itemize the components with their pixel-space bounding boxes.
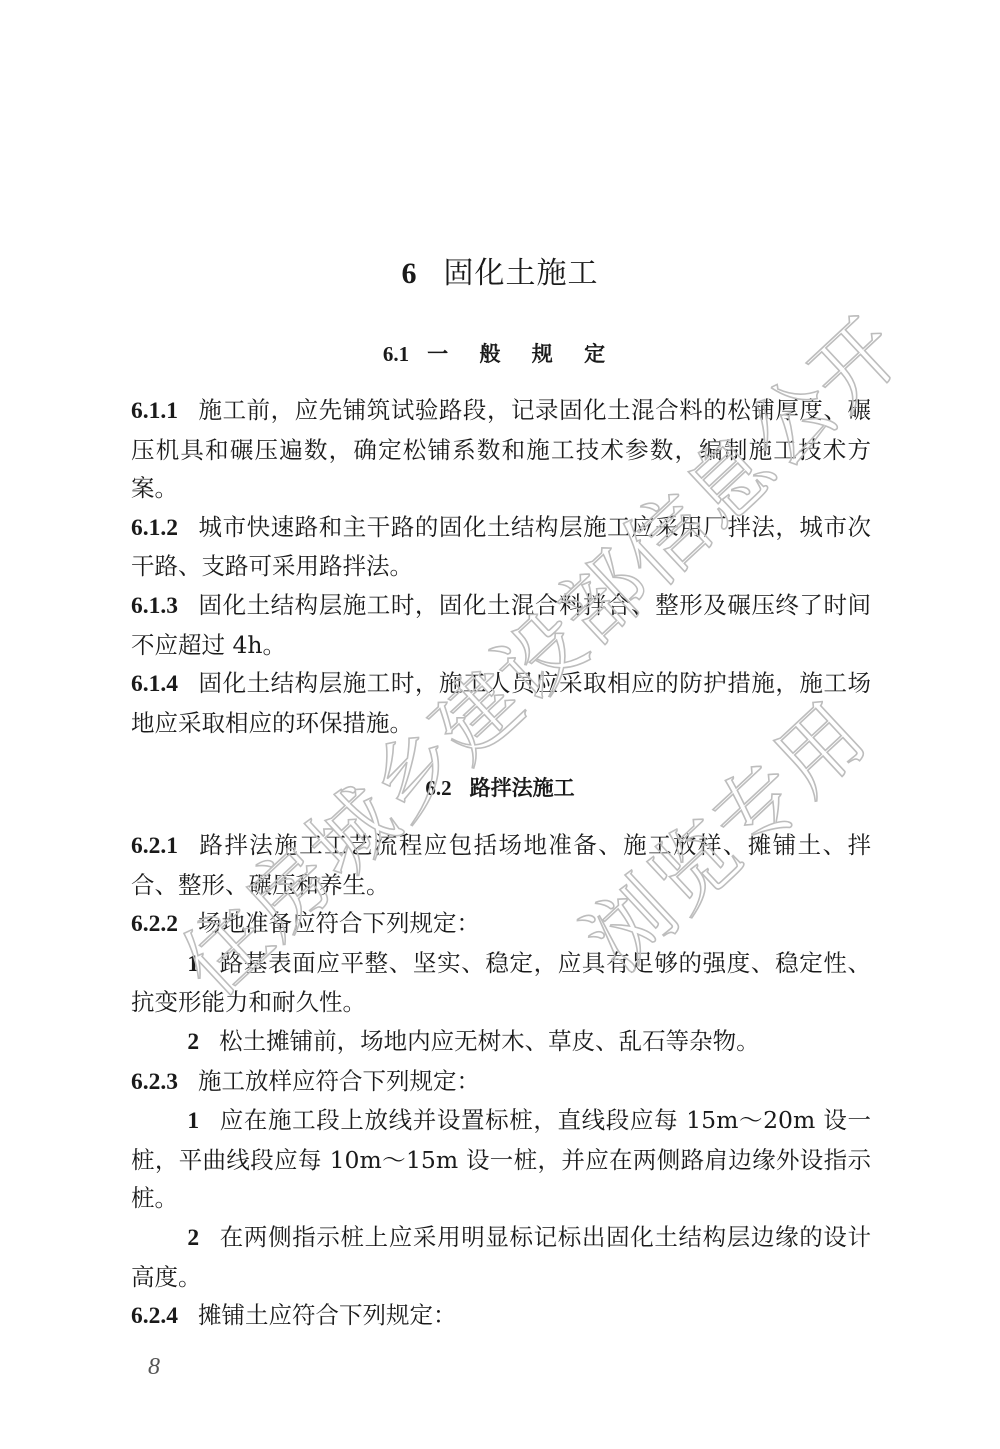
clause-text: 固化土结构层施工时，固化土混合料拌合、整形及碾压终了时间不应超过 4h。 xyxy=(131,591,871,659)
clause-text: 施工放样应符合下列规定： xyxy=(198,1067,480,1095)
item-text: 路基表面应平整、坚实、稳定，应具有足够的强度、稳定性、抗变形能力和耐久性。 xyxy=(131,949,871,1017)
clause-number: 6.1.1 xyxy=(131,398,178,424)
section-title-6-1: 6.1一 般 规 定 xyxy=(0,338,1000,368)
item-6-2-2-1: 1路基表面应平整、坚实、稳定，应具有足够的强度、稳定性、抗变形能力和耐久性。 xyxy=(131,944,871,1022)
clause-number: 6.1.2 xyxy=(131,515,178,541)
clause-text: 摊铺土应符合下列规定： xyxy=(198,1301,457,1329)
clause-number: 6.1.3 xyxy=(131,593,178,619)
chapter-title: 6固化土施工 xyxy=(0,248,1000,292)
item-6-2-3-1: 1应在施工段上放线并设置标桩，直线段应每 15m～20m 设一桩，平曲线段应每 … xyxy=(131,1101,871,1218)
clause-number: 6.1.4 xyxy=(131,671,178,697)
item-number: 1 xyxy=(187,1108,199,1134)
item-number: 2 xyxy=(187,1225,199,1251)
chapter-number: 6 xyxy=(402,257,418,290)
section-number: 6.1 xyxy=(383,342,409,366)
clause-6-1-4: 6.1.4固化土结构层施工时，施工人员应采取相应的防护措施，施工场地应采取相应的… xyxy=(131,664,871,742)
document-page: 6固化土施工 6.1一 般 规 定 6.1.1施工前，应先铺筑试验路段，记录固化… xyxy=(0,0,1000,1449)
item-number: 1 xyxy=(187,951,199,977)
section-body-6-2: 6.2.1路拌法施工工艺流程应包括场地准备、施工放样、摊铺土、拌合、整形、碾压和… xyxy=(131,826,871,1336)
clause-number: 6.2.2 xyxy=(131,911,178,937)
clause-text: 城市快速路和主干路的固化土结构层施工应采用厂拌法，城市次干路、支路可采用路拌法。 xyxy=(131,513,871,581)
item-6-2-2-2: 2松土摊铺前，场地内应无树木、草皮、乱石等杂物。 xyxy=(131,1022,871,1062)
clause-text: 施工前，应先铺筑试验路段，记录固化土混合料的松铺厚度、碾压机具和碾压遍数，确定松… xyxy=(131,396,871,502)
clause-number: 6.2.1 xyxy=(131,833,178,859)
clause-6-2-4: 6.2.4摊铺土应符合下列规定： xyxy=(131,1296,871,1336)
clause-6-1-2: 6.1.2城市快速路和主干路的固化土结构层施工应采用厂拌法，城市次干路、支路可采… xyxy=(131,508,871,586)
section-title-text: 路拌法施工 xyxy=(470,776,575,800)
clause-6-1-3: 6.1.3固化土结构层施工时，固化土混合料拌合、整形及碾压终了时间不应超过 4h… xyxy=(131,586,871,664)
item-text: 在两侧指示桩上应采用明显标记标出固化土结构层边缘的设计高度。 xyxy=(131,1223,871,1291)
item-text: 松土摊铺前，场地内应无树木、草皮、乱石等杂物。 xyxy=(219,1027,760,1055)
section-title-6-2: 6.2路拌法施工 xyxy=(0,772,1000,802)
clause-6-2-2: 6.2.2场地准备应符合下列规定： xyxy=(131,904,871,944)
section-body-6-1: 6.1.1施工前，应先铺筑试验路段，记录固化土混合料的松铺厚度、碾压机具和碾压遍… xyxy=(131,391,871,742)
item-text: 应在施工段上放线并设置标桩，直线段应每 15m～20m 设一桩，平曲线段应每 1… xyxy=(131,1106,871,1212)
chapter-title-text: 固化土施工 xyxy=(444,256,599,291)
page-number: 8 xyxy=(148,1354,160,1381)
clause-text: 路拌法施工工艺流程应包括场地准备、施工放样、摊铺土、拌合、整形、碾压和养生。 xyxy=(131,831,871,899)
clause-text: 场地准备应符合下列规定： xyxy=(198,909,480,937)
section-title-text: 一 般 规 定 xyxy=(427,342,617,366)
clause-6-1-1: 6.1.1施工前，应先铺筑试验路段，记录固化土混合料的松铺厚度、碾压机具和碾压遍… xyxy=(131,391,871,508)
clause-number: 6.2.4 xyxy=(131,1303,178,1329)
item-number: 2 xyxy=(187,1029,199,1055)
clause-6-2-1: 6.2.1路拌法施工工艺流程应包括场地准备、施工放样、摊铺土、拌合、整形、碾压和… xyxy=(131,826,871,904)
clause-text: 固化土结构层施工时，施工人员应采取相应的防护措施，施工场地应采取相应的环保措施。 xyxy=(131,669,871,737)
clause-number: 6.2.3 xyxy=(131,1069,178,1095)
clause-6-2-3: 6.2.3施工放样应符合下列规定： xyxy=(131,1062,871,1102)
item-6-2-3-2: 2在两侧指示桩上应采用明显标记标出固化土结构层边缘的设计高度。 xyxy=(131,1218,871,1296)
section-number: 6.2 xyxy=(425,776,451,800)
